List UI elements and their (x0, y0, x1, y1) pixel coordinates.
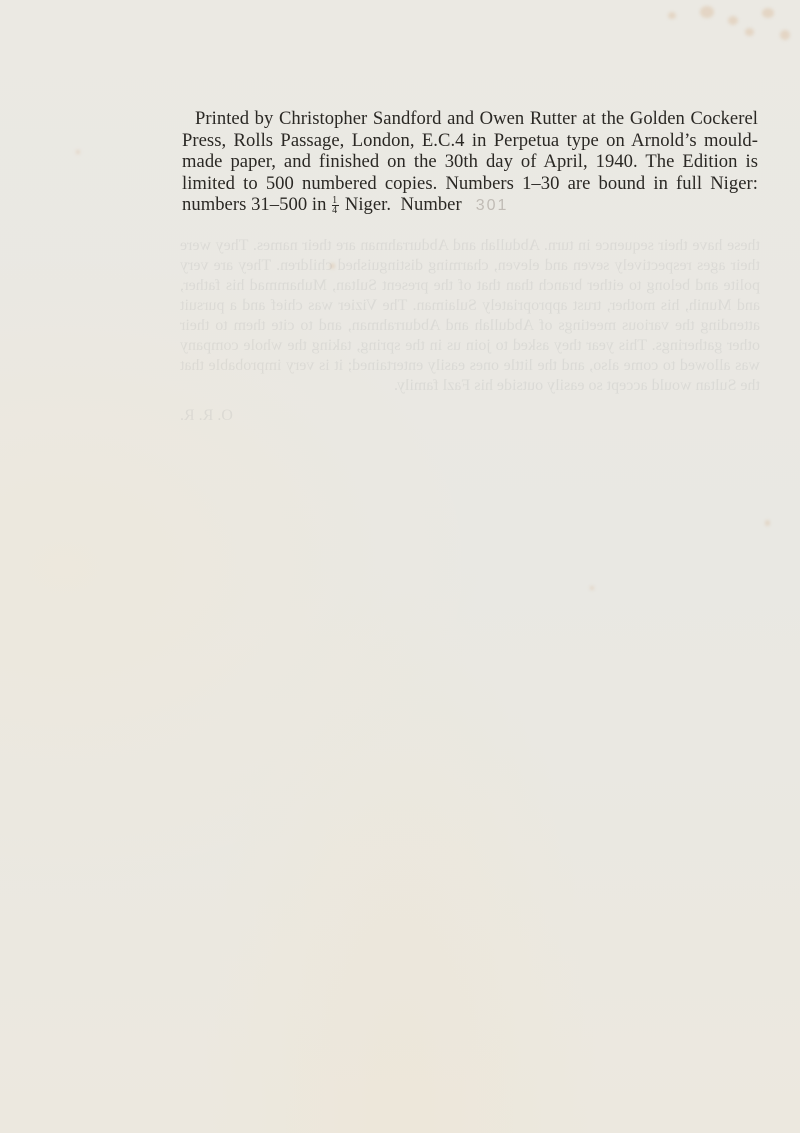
book-page: these have their sequence in turn. Abdul… (0, 0, 800, 1133)
quarter-fraction: 14 (332, 196, 339, 215)
foxing-spot (728, 16, 738, 25)
reverse-page-show-through: these have their sequence in turn. Abdul… (180, 236, 760, 436)
colophon-body: Printed by Christopher Sandford and Owen… (182, 108, 758, 215)
foxing-spot (765, 520, 770, 526)
foxing-spot (780, 30, 790, 40)
foxing-spot (700, 6, 714, 18)
fraction-numerator: 1 (332, 196, 339, 205)
colophon-ending: Niger. Number (345, 194, 462, 215)
show-through-paragraph: these have their sequence in turn. Abdul… (180, 236, 760, 396)
foxing-spot (762, 8, 774, 18)
fraction-denominator: 4 (332, 206, 339, 215)
foxing-spot (590, 586, 594, 590)
colophon-text: Printed by Christopher Sandford and Owen… (182, 108, 758, 217)
foxing-spot (745, 28, 754, 36)
foxing-spot (330, 263, 335, 269)
show-through-signature: O. R. R. (180, 406, 760, 426)
handwritten-copy-number: 301 (476, 197, 509, 214)
foxing-spot (76, 150, 80, 154)
foxing-spot (668, 12, 676, 19)
